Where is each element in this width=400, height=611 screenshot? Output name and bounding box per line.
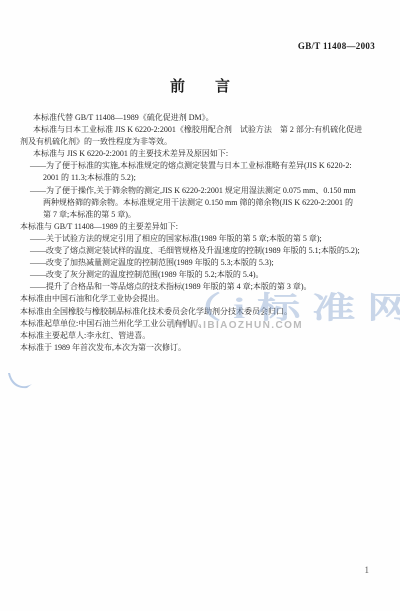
- standard-number: GB/T 11408—2003: [298, 41, 375, 51]
- body-line: 本标准代替 GB/T 11408—1989《硫化促进剂 DM》。: [20, 112, 390, 124]
- body-line: 剂及有机硫化剂》的一致性程度为非等效。: [20, 136, 390, 148]
- body-line: 本标准由全国橡胶与橡胶制品标准化技术委员会化学助剂分技术委员会归口。: [20, 306, 390, 318]
- body-line: 本标准起草单位:中国石油兰州化学工业公司有机厂。: [20, 318, 390, 330]
- body-line: 本标准主要起草人:李永红、管进喜。: [20, 330, 390, 342]
- body-line: 第 7 章;本标准的第 5 章)。: [20, 209, 390, 221]
- document-page: GB/T 11408—2003 前 言 本标准代替 GB/T 11408—198…: [0, 0, 400, 611]
- body-line: 本标准与日本工业标准 JIS K 6220-2:2001《橡胶用配合剂 试验方法…: [20, 124, 390, 136]
- body-line: ——为了便于标准的实施,本标准规定的熔点测定装置与日本工业标准略有差异(JIS …: [20, 160, 390, 172]
- body-line: 本标准与 JIS K 6220-2:2001 的主要技术差异及原因如下:: [20, 148, 390, 160]
- watermark-swoosh-icon: [7, 372, 33, 393]
- body-line: 2001 的 11.3;本标准的 5.2);: [20, 172, 390, 184]
- foreword-body: 本标准代替 GB/T 11408—1989《硫化促进剂 DM》。 本标准与日本工…: [20, 112, 390, 354]
- body-line: 本标准与 GB/T 11408—1989 的主要差异如下:: [20, 221, 390, 233]
- body-line: ——改变了灰分测定的温度控制范围(1989 年版的 5.2;本版的 5.4)。: [20, 269, 390, 281]
- page-title: 前 言: [0, 75, 400, 96]
- body-line: ——改变了熔点测定装试样的温度、毛细管规格及升温速度的控制(1989 年版的 5…: [20, 245, 390, 257]
- body-line: ——改变了加热减量测定温度的控制范围(1989 年版的 5.3;本版的 5.3)…: [20, 257, 390, 269]
- body-line: ——提升了合格品和一等品熔点的技术指标(1989 年版的第 4 章;本版的第 3…: [20, 281, 390, 293]
- body-line: 本标准由中国石油和化学工业协会提出。: [20, 293, 390, 305]
- body-line: 本标准于 1989 年首次发布,本次为第一次修订。: [20, 342, 390, 354]
- body-line: 两种规格筛的筛余物。本标准规定用干法测定 0.150 mm 筛的筛余物(JIS …: [20, 197, 390, 209]
- body-line: ——关于试验方法的规定引用了相应的国家标准(1989 年版的第 5 章;本版的第…: [20, 233, 390, 245]
- page-number: 1: [365, 565, 370, 575]
- body-line: ——为了便于操作,关于筛余物的测定,JIS K 6220-2:2001 规定用湿…: [20, 185, 390, 197]
